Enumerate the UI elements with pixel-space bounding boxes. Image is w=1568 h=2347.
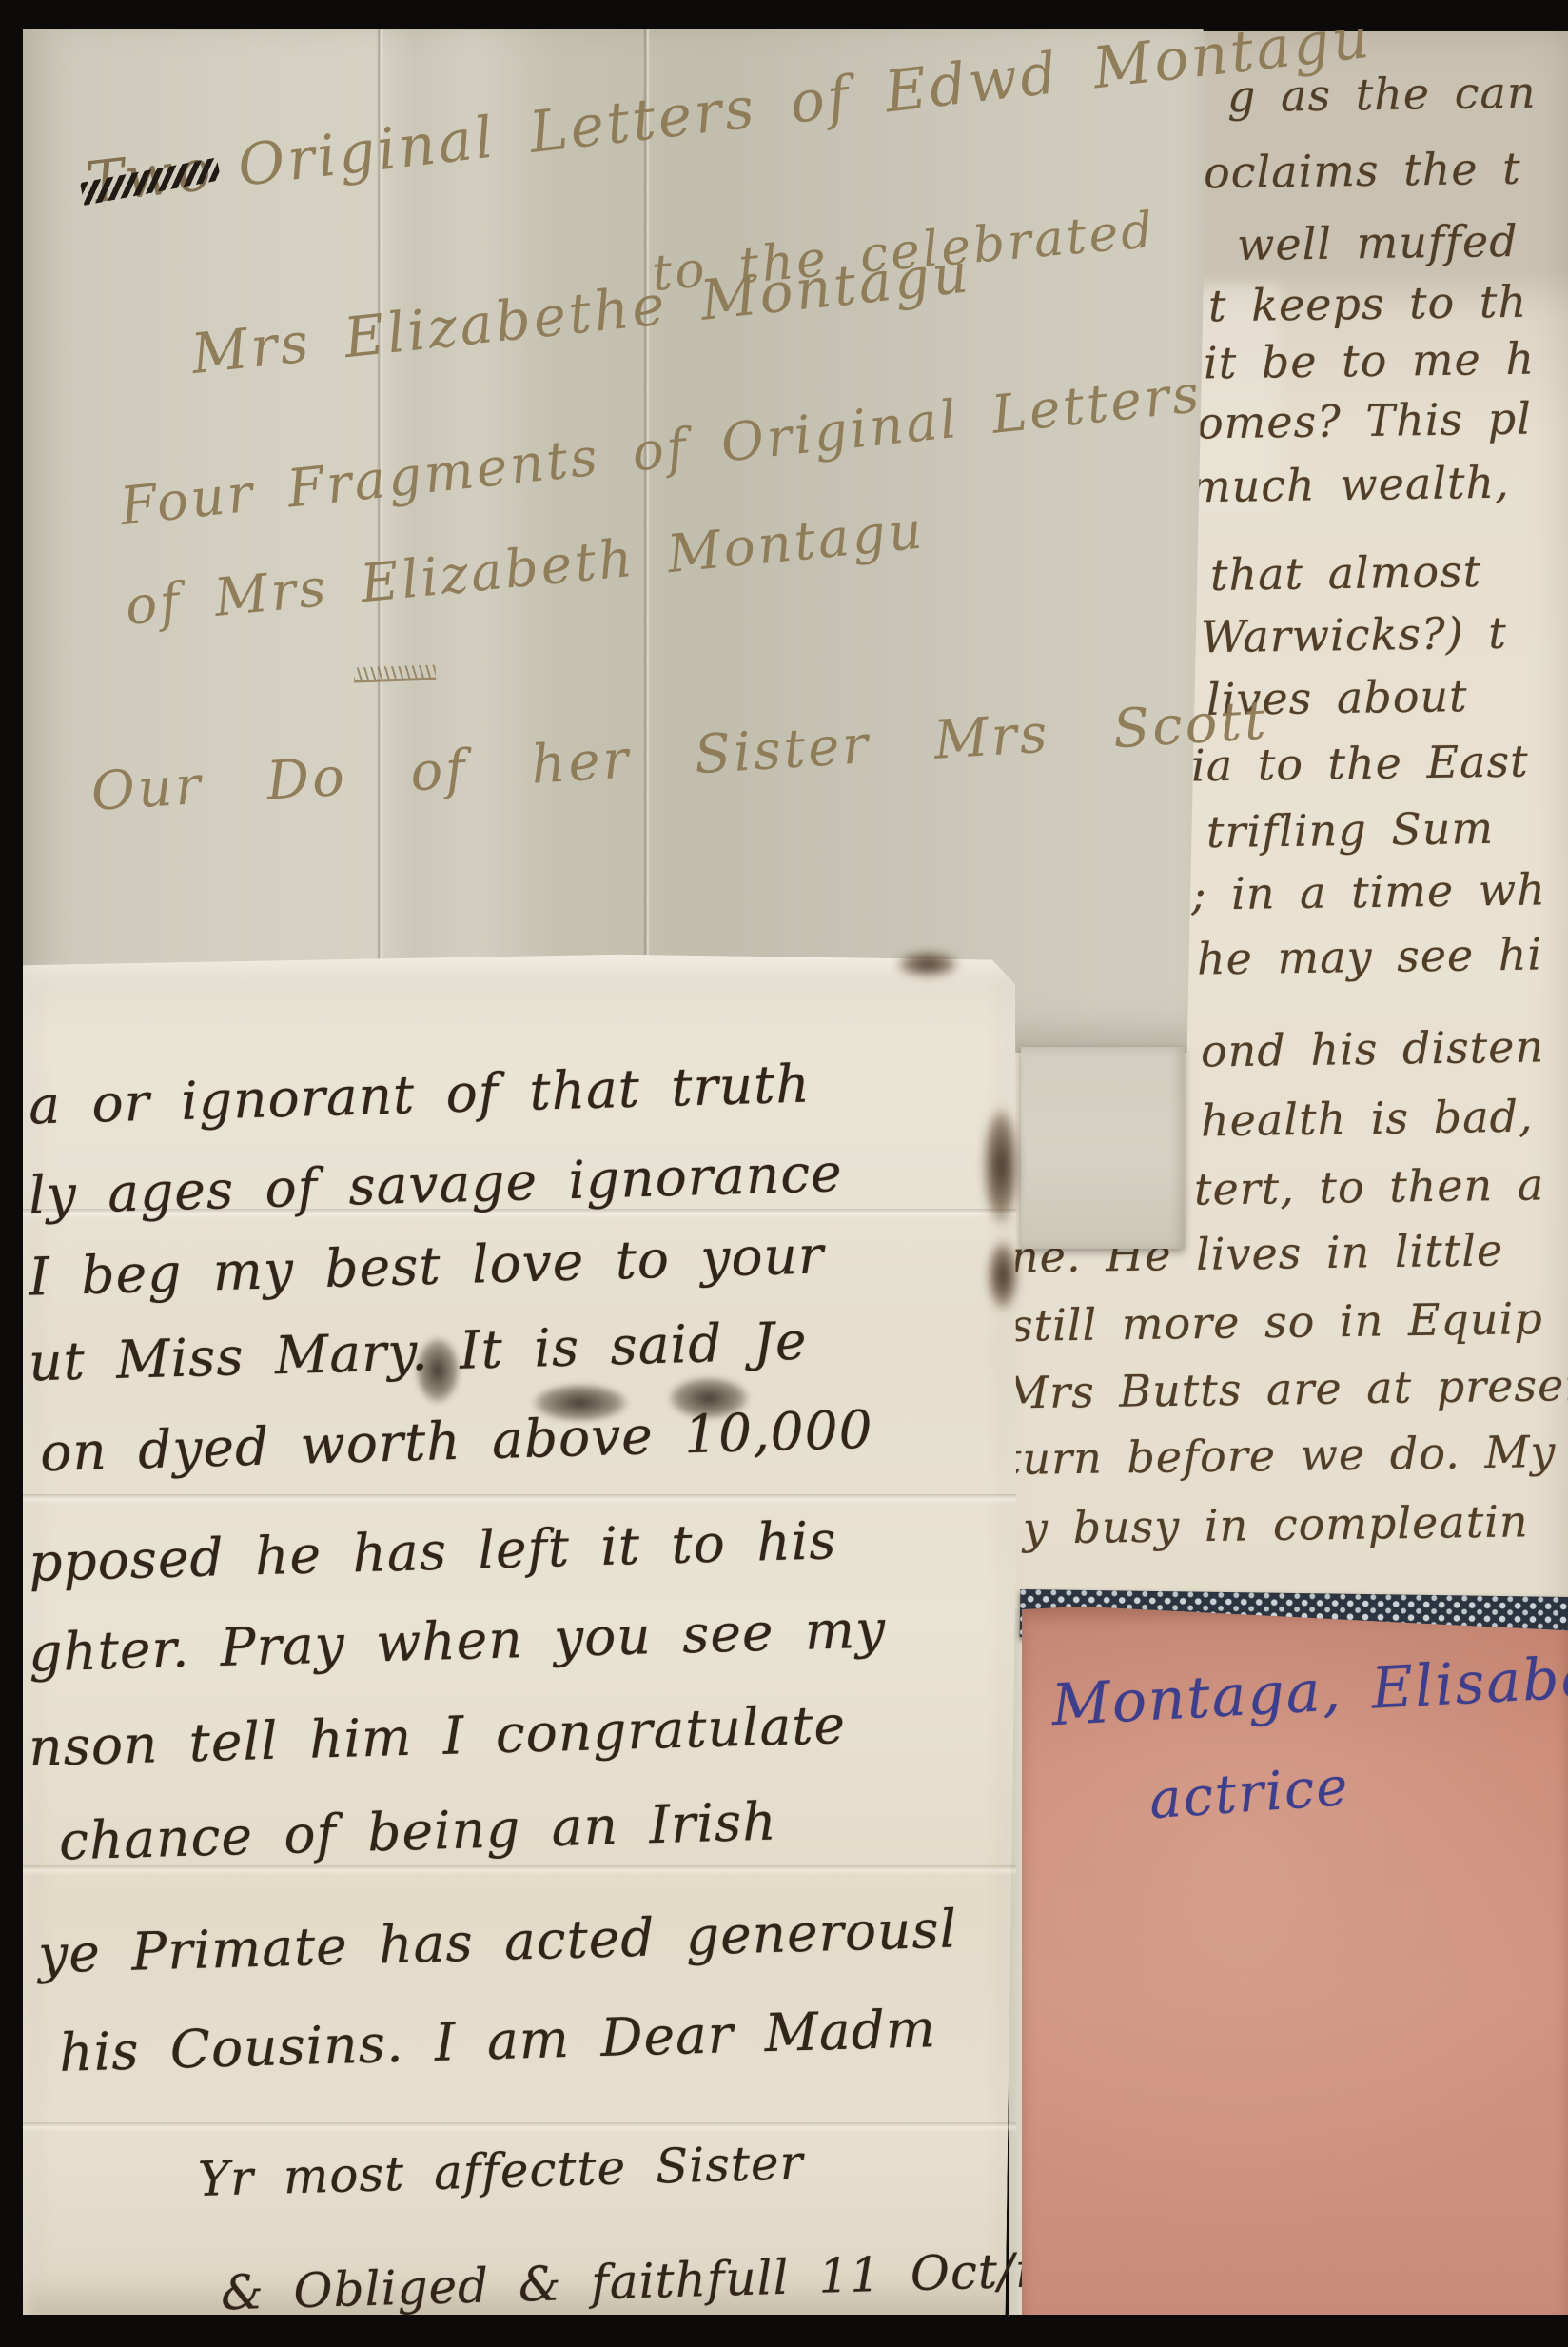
divider-dash	[354, 665, 437, 683]
char-mark	[885, 947, 970, 981]
right-letter-line: t keeps to th	[1208, 276, 1528, 332]
ink-smudge	[657, 1371, 761, 1426]
fold-crease	[23, 1494, 1016, 1504]
right-letter-line: oclaims the t	[1204, 143, 1521, 199]
black-mat-top	[0, 0, 1568, 29]
right-letter-line: trifling Sum	[1206, 802, 1495, 858]
right-letter-line: y busy in compleatin	[1023, 1495, 1529, 1553]
title-sheet-folded-tail	[1021, 1047, 1185, 1249]
right-letter-line: Mrs Butts are at present	[1004, 1359, 1568, 1419]
ink-smudge	[519, 1378, 642, 1428]
right-letter-line: well muffed	[1237, 215, 1519, 270]
photograph-of-letters: g as the can oclaims the t well muffed t…	[0, 0, 1568, 2347]
right-letter-line: it be to me h	[1204, 333, 1536, 389]
char-mark	[982, 1228, 1024, 1323]
ink-smudge	[409, 1328, 466, 1413]
right-letter-line: he may see hi	[1197, 928, 1543, 984]
right-letter-line: that almost	[1210, 545, 1482, 601]
right-letter-line: Warwicks?) t	[1201, 607, 1507, 662]
right-letter-line: health is bad,	[1201, 1091, 1534, 1147]
right-letter-line: much wealth,	[1189, 457, 1510, 513]
right-letter-line: turn before we do. My	[1004, 1426, 1557, 1485]
black-mat-left	[0, 0, 23, 2347]
right-letter-line: still more so in Equip	[1010, 1292, 1543, 1351]
black-mat-bottom	[0, 2315, 1568, 2347]
fold-crease	[23, 2122, 1016, 2132]
char-mark	[976, 1085, 1026, 1247]
right-letter-line: ond his disten	[1201, 1020, 1545, 1076]
right-letter-line: omes? This pl	[1197, 393, 1533, 449]
right-letter-line: ; in a time wh	[1191, 863, 1547, 919]
right-letter-line: tert, to then a	[1194, 1158, 1545, 1214]
